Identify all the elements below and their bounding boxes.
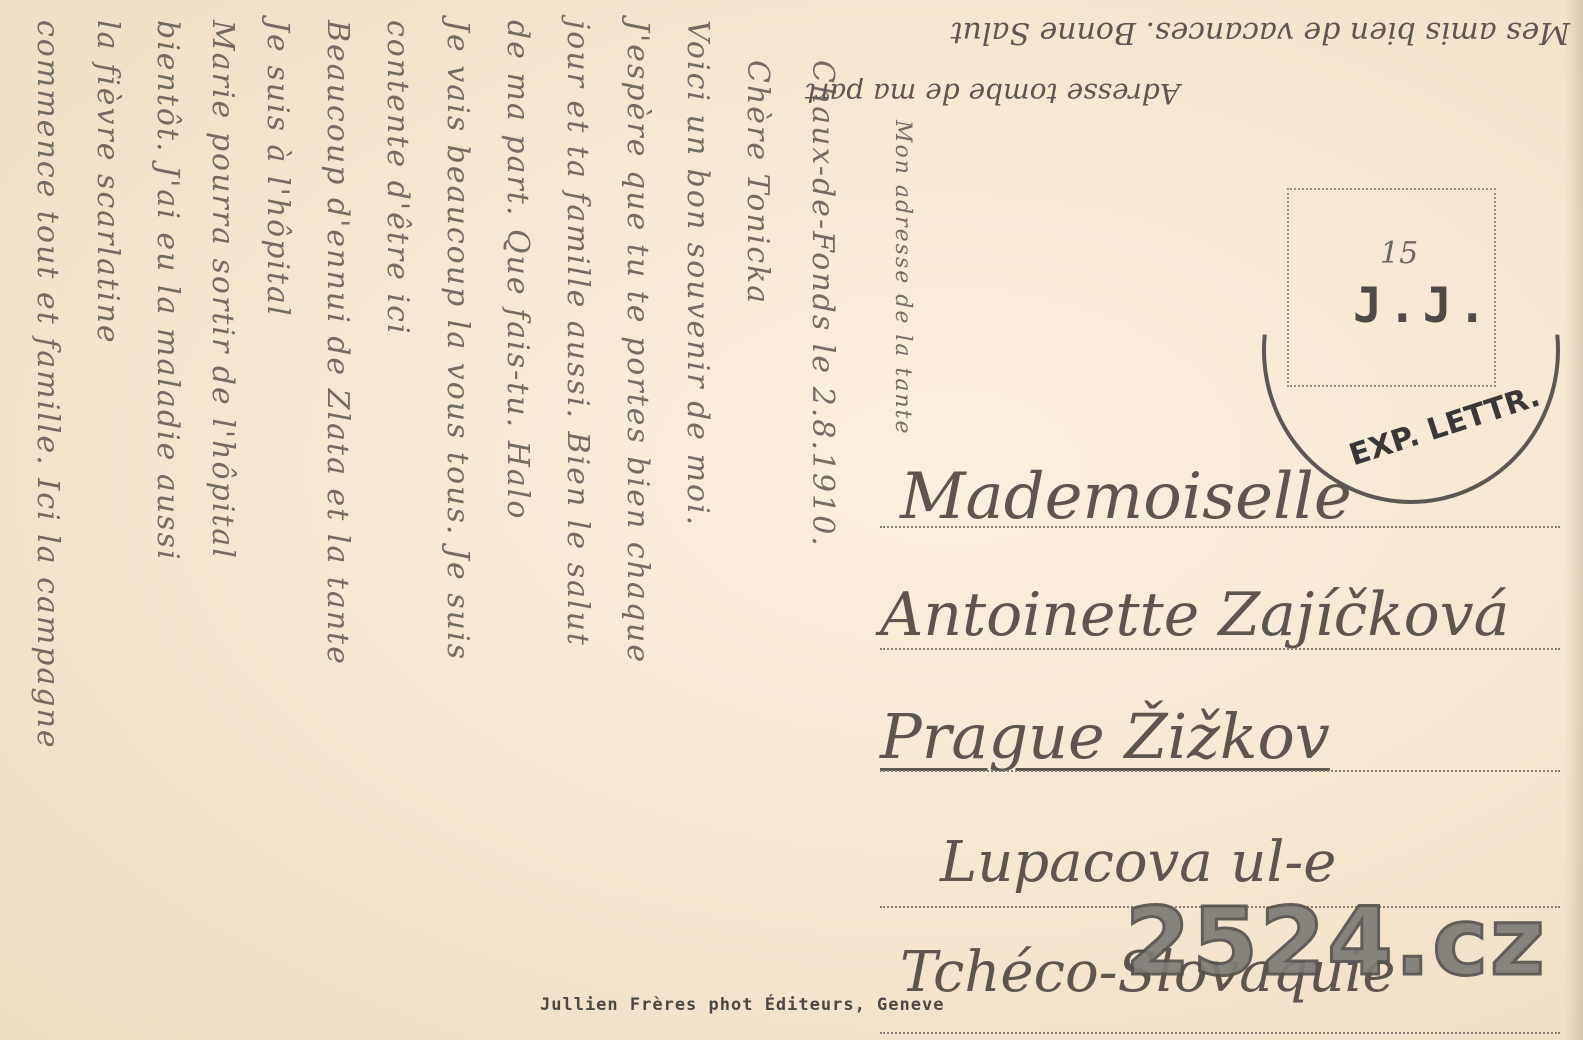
card-edge-shadow [1565,0,1583,1040]
address-dotted-line [880,770,1560,772]
message-column: bientôt. J'ai eu la maladie aussi [150,20,185,1020]
publisher-imprint: Jullien Frères phot Éditeurs, Geneve [540,995,944,1015]
address-dotted-line [880,1032,1560,1034]
message-column-dateline: Chaux-de-Fonds le 2.8.1910. [805,60,840,1020]
message-column: de ma part. Que fais-tu. Halo [500,20,535,980]
message-column: Voici un bon souvenir de moi. [680,20,715,980]
side-note: Mon adresse de la tante [890,120,915,450]
message-column: Je suis à l'hôpital [260,20,295,1020]
message-column: la fièvre scarlatine [90,20,125,1020]
message-column: jour et ta famille aussi. Bien le salut [560,20,595,980]
message-column: contente d'être ici [380,20,415,1020]
site-watermark: 2524.cz [1125,888,1547,997]
message-column: commence tout et famille. Ici la campagn… [30,20,65,1020]
address-line-1: Mademoiselle [900,460,1352,534]
top-note: Adresse tombe de ma part [805,77,1180,110]
address-dotted-line [880,526,1560,528]
address-line-2: Antoinette Zajíčková [880,580,1509,650]
message-column: J'espère que tu te portes bien chaque [620,20,655,980]
address-line-4: Lupacova ul-e [940,830,1336,895]
message-column: Chère Tonicka [740,60,775,980]
message-column: Marie pourra sortir de l'hôpital [205,20,240,1020]
stamp-value: 15 [1380,236,1418,271]
postcard-back: commence tout et famille. Ici la campagn… [0,0,1583,1040]
message-column: Beaucoup d'ennui de Zlata et la tante [320,20,355,1020]
message-column: Je vais beaucoup la vous tous. Je suis [440,20,475,1020]
address-dotted-line [880,648,1560,650]
address-line-3: Prague Žižkov [880,700,1330,773]
top-note: Mes amis bien de vacances. Bonne Salut [951,15,1570,50]
stamp-initials: J.J. [1353,278,1493,334]
